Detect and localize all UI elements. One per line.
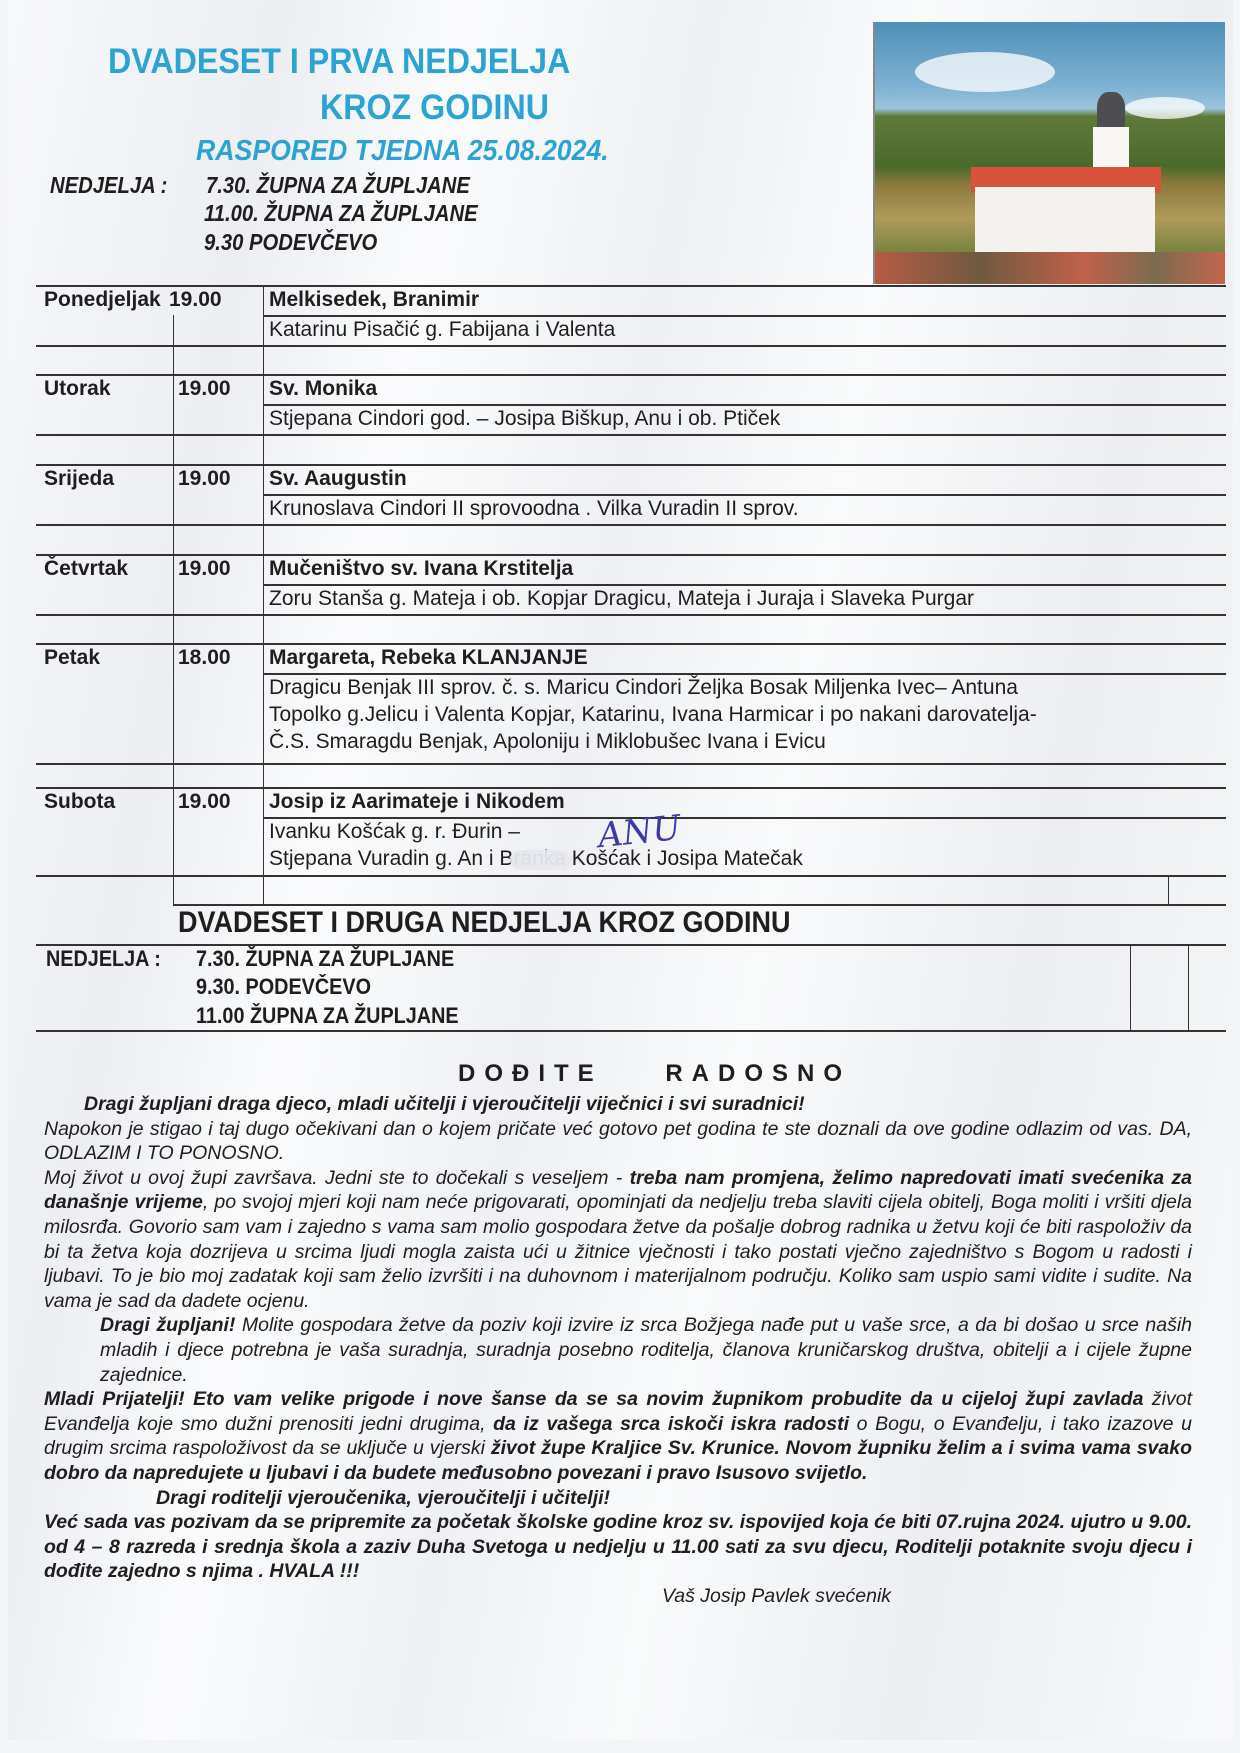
table-rule — [263, 315, 1226, 317]
table-rule — [36, 345, 1226, 347]
table-rule — [36, 524, 1226, 526]
sunday-mass-3: 9.30 PODEVČEVO — [204, 229, 377, 256]
table-divider — [173, 643, 174, 793]
table-divider — [263, 285, 264, 375]
table-rule — [36, 464, 1226, 466]
next-week-title: DVADESET I DRUGA NEDJELJA KROZ GODINU — [178, 906, 791, 940]
mass-intention: Ivanku Košćak g. r. Đurin – — [269, 820, 520, 844]
table-divider — [263, 374, 264, 464]
day-label: Ponedjeljak — [44, 288, 161, 312]
table-rule — [263, 494, 1226, 496]
mass-intention: Katarinu Pisačić g. Fabijana i Valenta — [269, 318, 615, 342]
bell-tower-spire — [1097, 92, 1125, 130]
mass-intention: Krunoslava Cindori II sprovoodna . Vilka… — [269, 497, 799, 521]
day-label: Subota — [44, 790, 115, 814]
table-rule — [36, 374, 1226, 376]
feast-name: Mučeništvo sv. Ivana Krstitelja — [269, 557, 573, 581]
table-divider — [173, 464, 174, 554]
table-rule — [36, 763, 1226, 765]
mass-intention: Topolko g.Jelicu i Valenta Kopjar, Katar… — [269, 703, 1037, 727]
table-divider — [263, 554, 264, 644]
table-divider — [263, 464, 264, 554]
table-divider — [173, 875, 174, 904]
table-divider — [1168, 875, 1169, 904]
table-rule — [263, 404, 1226, 406]
table-rule — [36, 643, 1226, 645]
mass-intention: Zoru Stanša g. Mateja i ob. Kopjar Dragi… — [269, 587, 974, 611]
mass-time: 19.00 — [169, 288, 222, 312]
mass-time: 19.00 — [178, 467, 231, 491]
table-rule — [36, 434, 1226, 436]
next-week-sunday-label: NEDJELJA : — [46, 946, 161, 972]
mass-time: 19.00 — [178, 557, 231, 581]
feast-name: Josip iz Aarimateje i Nikodem — [269, 790, 565, 814]
title-line-2: KROZ GODINU — [320, 88, 549, 128]
sunday-label: NEDJELJA : — [50, 172, 167, 199]
mass-intention: Stjepana Cindori god. – Josipa Biškup, A… — [269, 407, 780, 431]
mass-intention: Dragicu Benjak III sprov. č. s. Maricu C… — [269, 676, 1018, 700]
table-rule — [263, 584, 1226, 586]
letter-paragraph-2: Moj život u ovoj župi završava. Jedni st… — [44, 1166, 1192, 1314]
table-rule — [36, 787, 1226, 789]
mass-intention: Č.S. Smaragdu Benjak, Apoloniju i Miklob… — [269, 730, 826, 754]
letter-paragraph-6: Već sada vas pozivam da se pripremite za… — [44, 1511, 1192, 1582]
table-rule — [36, 554, 1226, 556]
table-rule — [173, 875, 1226, 877]
feast-name: Melkisedek, Branimir — [269, 288, 479, 312]
next-week-mass-1: 7.30. ŽUPNA ZA ŽUPLJANE — [196, 946, 454, 972]
church-photo — [873, 22, 1225, 284]
table-rule — [263, 673, 1226, 675]
feast-name: Sv. Monika — [269, 377, 377, 401]
table-divider — [1188, 944, 1189, 1030]
farewell-letter: Dragi župljani draga djeco, mladi učitel… — [44, 1092, 1192, 1608]
table-rule — [36, 285, 1226, 287]
day-label: Četvrtak — [44, 557, 128, 581]
mass-time: 18.00 — [178, 646, 231, 670]
table-rule — [263, 817, 1226, 819]
sunday-mass-2: 11.00. ŽUPNA ZA ŽUPLJANE — [204, 200, 478, 227]
feast-name: Margareta, Rebeka KLANJANJE — [269, 646, 588, 670]
schedule-subtitle: RASPORED TJEDNA 25.08.2024. — [196, 135, 609, 168]
church-building — [975, 187, 1155, 259]
table-divider — [263, 787, 264, 905]
letter-paragraph-3: Dragi župljani! Molite gospodara žetve d… — [44, 1313, 1192, 1387]
day-label: Petak — [44, 646, 100, 670]
table-rule — [36, 1030, 1226, 1032]
letter-title: DOĐITE RADOSNO — [458, 1060, 851, 1088]
table-divider — [1130, 944, 1131, 1030]
table-rule — [36, 614, 1226, 616]
table-divider — [173, 315, 174, 375]
day-label: Utorak — [44, 377, 111, 401]
letter-paragraph-4: Mladi Prijatelji! Eto vam velike prigode… — [44, 1387, 1192, 1485]
table-divider — [173, 374, 174, 464]
table-divider — [263, 643, 264, 793]
letter-paragraph-1: Napokon je stigao i taj dugo očekivani d… — [44, 1117, 1192, 1166]
mass-time: 19.00 — [178, 377, 231, 401]
signature: Vaš Josip Pavlek svećenik — [44, 1584, 1192, 1609]
next-week-mass-3: 11.00 ŽUPNA ZA ŽUPLJANE — [196, 1003, 459, 1029]
letter-paragraph-5: Dragi roditelji vjeroučenika, vjeroučite… — [156, 1487, 610, 1509]
next-week-mass-2: 9.30. PODEVČEVO — [196, 974, 371, 1000]
letter-greeting: Dragi župljani draga djeco, mladi učitel… — [84, 1093, 805, 1115]
mass-time: 19.00 — [178, 790, 231, 814]
title-line-1: DVADESET I PRVA NEDJELJA — [108, 42, 570, 82]
smudge-mark — [510, 850, 572, 870]
feast-name: Sv. Aaugustin — [269, 467, 407, 491]
table-divider — [173, 554, 174, 644]
day-label: Srijeda — [44, 467, 114, 491]
sunday-mass-1: 7.30. ŽUPNA ZA ŽUPLJANE — [206, 172, 470, 199]
village-houses — [875, 252, 1225, 284]
